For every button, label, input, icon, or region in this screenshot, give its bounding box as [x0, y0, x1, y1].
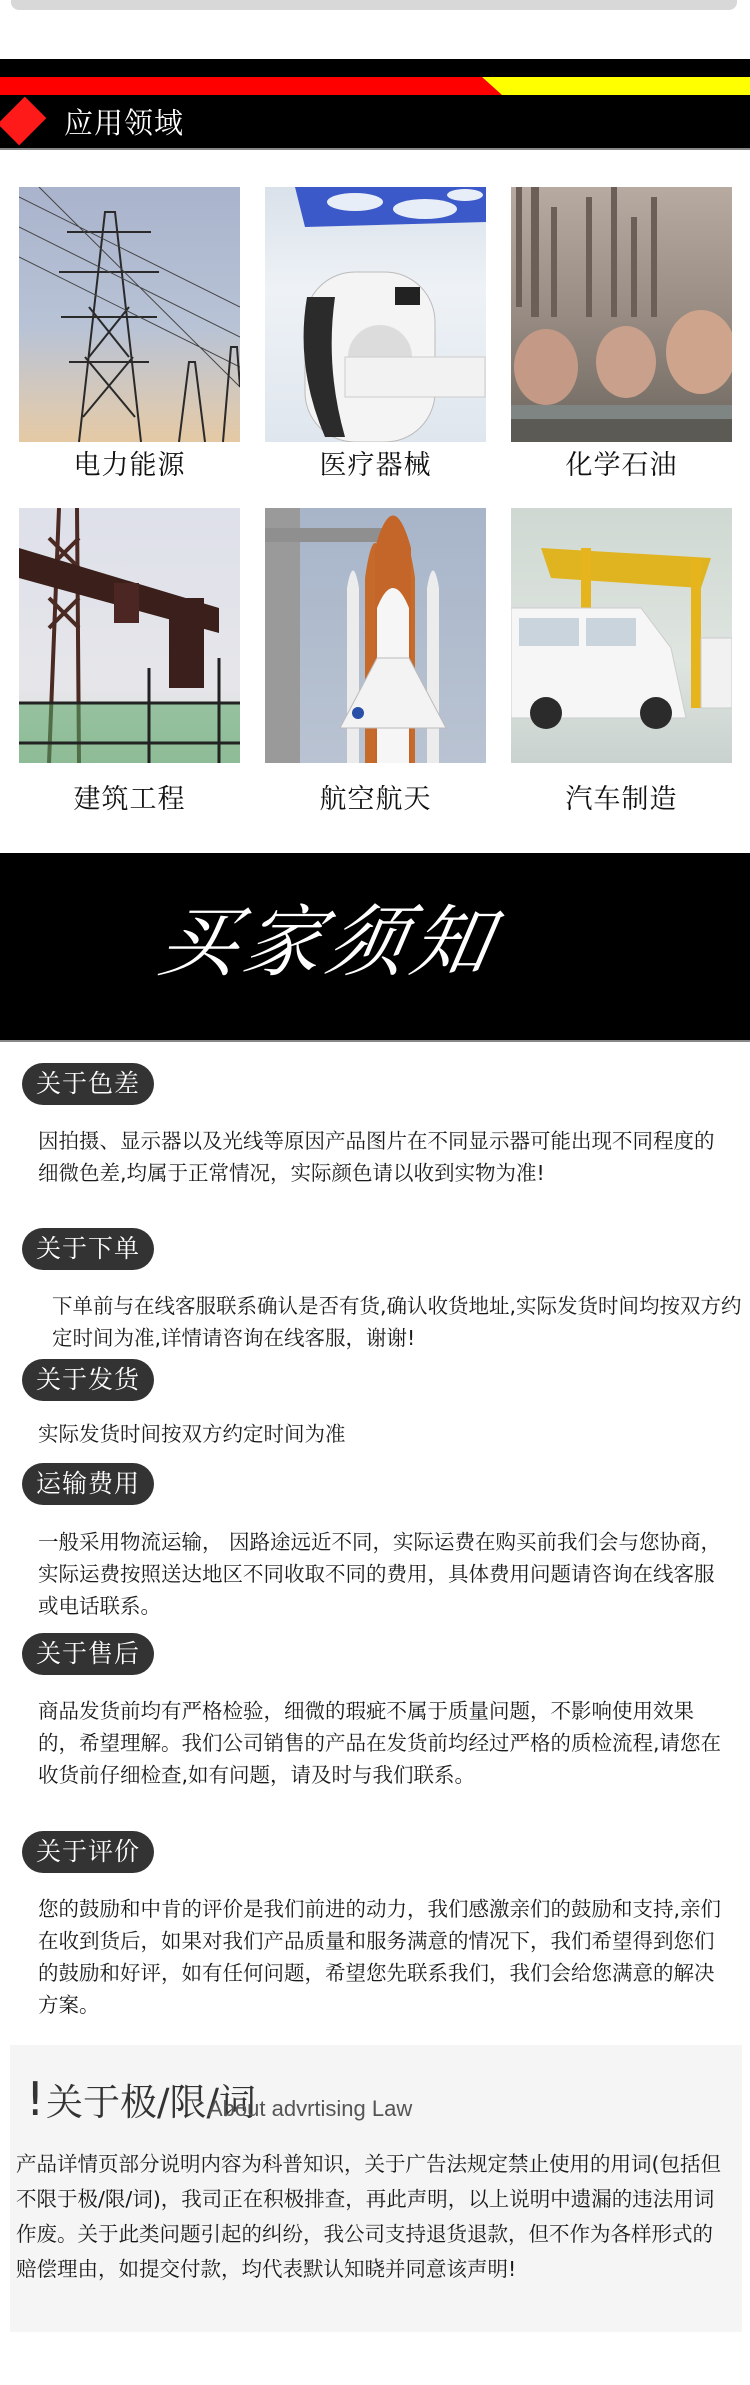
tile-construction: 建筑工程	[19, 508, 240, 763]
tile-label: 航空航天	[265, 783, 486, 817]
space-shuttle-image	[265, 508, 486, 763]
mri-scanner-image	[265, 187, 486, 442]
tile-label: 化学石油	[511, 449, 732, 483]
heading-reviews: 关于评价	[22, 1831, 154, 1873]
heading-ordering: 关于下单	[22, 1228, 154, 1270]
application-section-header: 应用领域	[0, 59, 750, 149]
heading-freight: 运输费用	[22, 1463, 154, 1505]
assembly-line-image	[511, 508, 732, 763]
heading-color-difference: 关于色差	[22, 1063, 154, 1105]
tile-automotive: 汽车制造	[511, 508, 732, 763]
text-reviews: 您的鼓励和中肯的评价是我们前进的动力，我们感激亲们的鼓励和支持,亲们在收到货后，…	[38, 1893, 728, 2021]
text-shipping: 实际发货时间按双方约定时间为准	[38, 1418, 728, 1450]
law-subtitle: About advrtising Law	[208, 2095, 412, 2123]
divider	[0, 1040, 750, 1042]
heading-after-sales: 关于售后	[22, 1633, 154, 1675]
refinery-image	[511, 187, 732, 442]
tile-label: 建筑工程	[19, 783, 240, 817]
heading-shipping: 关于发货	[22, 1359, 154, 1401]
diamond-icon	[0, 97, 46, 146]
tile-label: 医疗器械	[265, 449, 486, 483]
top-divider-bar	[11, 0, 737, 10]
tile-label: 电力能源	[19, 449, 240, 483]
text-color-difference: 因拍摄、显示器以及光线等原因产品图片在不同显示器可能出现不同程度的细微色差,均属…	[38, 1125, 728, 1189]
text-after-sales: 商品发货前均有严格检验，细微的瑕疵不属于质量问题，不影响使用效果的，希望理解。我…	[38, 1695, 728, 1791]
law-text: 产品详情页部分说明内容为科普知识，关于广告法规定禁止使用的用词(包括但不限于极/…	[16, 2147, 728, 2287]
buyer-notice-banner: 买家须知	[0, 853, 750, 1040]
tile-aerospace: 航空航天	[265, 508, 486, 763]
power-towers-image	[19, 187, 240, 442]
text-freight: 一般采用物流运输， 因路途远近不同，实际运费在购买前我们会与您协商，实际运费按照…	[38, 1526, 728, 1622]
divider	[0, 148, 750, 150]
crane-image	[19, 508, 240, 763]
banner-title: 买家须知	[151, 893, 505, 993]
tile-chemical: 化学石油	[511, 187, 732, 442]
red-stripe	[0, 77, 502, 95]
section-title: 应用领域	[64, 105, 184, 141]
tile-medical: 医疗器械	[265, 187, 486, 442]
advertising-law-notice: ! 关于极/限/词 About advrtising Law 产品详情页部分说明…	[10, 2045, 742, 2332]
yellow-stripe	[482, 77, 750, 95]
text-ordering: 下单前与在线客服联系确认是否有货,确认收货地址,实际发货时间均按双方约定时间为准…	[52, 1290, 742, 1354]
exclamation-icon: !	[26, 2073, 44, 2125]
tile-power: 电力能源	[19, 187, 240, 442]
tile-label: 汽车制造	[511, 783, 732, 817]
